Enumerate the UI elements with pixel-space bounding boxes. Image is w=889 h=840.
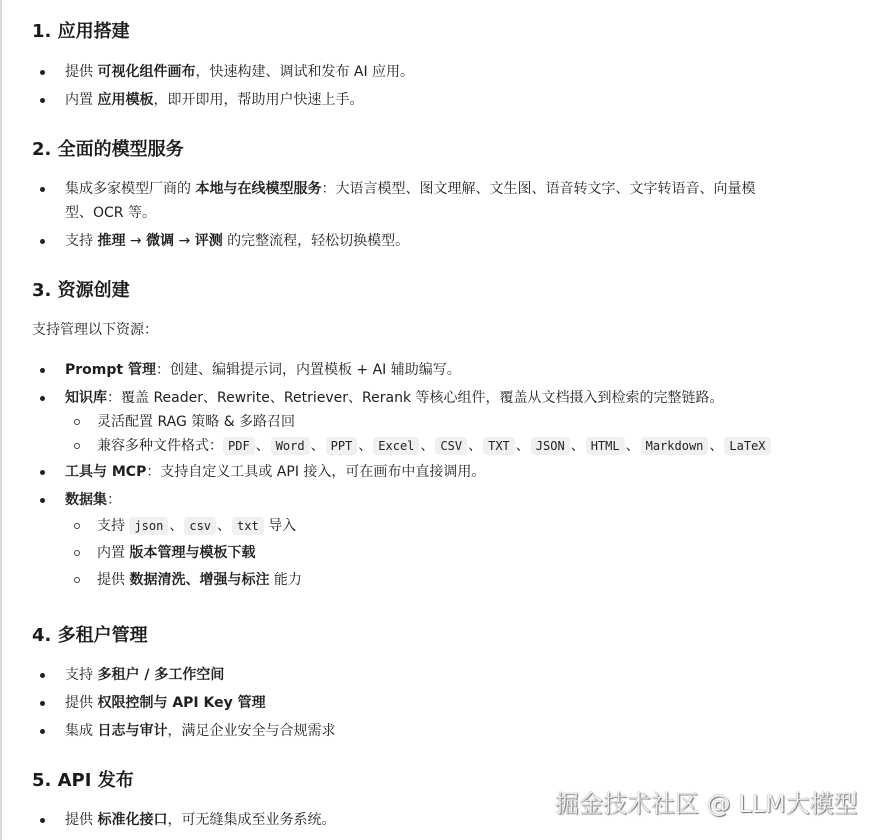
section-1-list: 提供 可视化组件画布，快速构建、调试和发布 AI 应用。 内置 应用模板，即开即… (32, 60, 869, 112)
item-bold: 多租户 / 多工作空间 (97, 667, 224, 683)
item-text: 支持 (97, 518, 129, 534)
list-item: 集成 日志与审计，满足企业安全与合规需求 (32, 719, 869, 743)
item-text: ，即开即用，帮助用户快速上手。 (153, 92, 363, 108)
list-item: 数据集： (32, 488, 869, 512)
item-text: ，快速构建、调试和发布 AI 应用。 (195, 64, 414, 80)
item-bold: 日志与审计 (97, 723, 167, 739)
code-chip: CSV (435, 437, 467, 455)
list-item: 内置 应用模板，即开即用，帮助用户快速上手。 (32, 88, 869, 112)
list-item: 支持 推理 → 微调 → 评测 的完整流程，轻松切换模型。 (32, 229, 869, 253)
sub-list-item: 兼容多种文件格式：PDF、Word、PPT、Excel、CSV、TXT、JSON… (32, 434, 869, 458)
item-bold: 应用模板 (97, 92, 153, 108)
list-item: Prompt 管理：创建、编辑提示词，内置模板 + AI 辅助编写。 (32, 358, 869, 382)
sub-list-item: 支持 json、csv、txt 导入 (32, 514, 869, 538)
section-2-list: 集成多家模型厂商的 本地与在线模型服务：大语言模型、图文理解、文生图、语音转文字… (32, 177, 869, 253)
item-text: ，可无缝集成至业务系统。 (167, 812, 335, 828)
item-text: 提供 (65, 64, 97, 80)
section-5-heading: 5. API 发布 (32, 768, 134, 794)
item-text: ：覆盖 Reader、Rewrite、Retriever、Rerank 等核心组… (107, 390, 724, 406)
code-chip: JSON (531, 437, 570, 455)
item-text: 支持 (65, 233, 97, 249)
code-chip: PPT (326, 437, 358, 455)
code-chip: json (129, 517, 168, 535)
separator: 、 (256, 438, 270, 454)
item-text: ：创建、编辑提示词，内置模板 + AI 辅助编写。 (156, 362, 461, 378)
section-3-heading: 3. 资源创建 (32, 278, 130, 304)
item-bold: 版本管理与模板下载 (129, 545, 255, 561)
item-text: 灵活配置 RAG 策略 & 多路召回 (97, 414, 295, 430)
item-bold: 评测 (195, 233, 223, 249)
item-text: 集成 (65, 723, 97, 739)
section-3-list: Prompt 管理：创建、编辑提示词，内置模板 + AI 辅助编写。 知识库：覆… (32, 358, 869, 592)
sub-list-item: 内置 版本管理与模板下载 (32, 541, 869, 565)
item-bold: 工具与 MCP (65, 464, 146, 480)
code-chip: HTML (586, 437, 625, 455)
separator: 、 (311, 438, 325, 454)
item-bold: 推理 (97, 233, 125, 249)
item-text: 的完整流程，轻松切换模型。 (223, 233, 409, 249)
code-chip: csv (184, 517, 216, 535)
section-1-heading: 1. 应用搭建 (32, 19, 130, 45)
list-item: 支持 多租户 / 多工作空间 (32, 663, 869, 687)
code-chip: Excel (373, 437, 419, 455)
list-item: 集成多家模型厂商的 本地与在线模型服务：大语言模型、图文理解、文生图、语音转文字… (32, 177, 869, 225)
sub-list-item: 提供 数据清洗、增强与标注 能力 (32, 568, 869, 592)
item-text: 提供 (65, 695, 97, 711)
list-item: 提供 可视化组件画布，快速构建、调试和发布 AI 应用。 (32, 60, 869, 84)
item-bold: 微调 (146, 233, 174, 249)
section-2-heading: 2. 全面的模型服务 (32, 137, 184, 163)
item-bold: 本地与在线模型服务 (195, 181, 321, 197)
item-bold: 数据清洗、增强与标注 (129, 572, 269, 588)
item-text: 型、OCR 等。 (65, 205, 156, 221)
separator: 、 (358, 438, 372, 454)
item-text: 导入 (264, 518, 296, 534)
item-bold: 知识库 (65, 390, 107, 406)
separator: 、 (468, 438, 482, 454)
list-item: 工具与 MCP：支持自定义工具或 API 接入，可在画布中直接调用。 (32, 460, 869, 484)
item-text: 提供 (65, 812, 97, 828)
item-text: 支持 (65, 667, 97, 683)
section-3-intro: 支持管理以下资源： (32, 319, 158, 341)
item-bold: 标准化接口 (97, 812, 167, 828)
sub-list-item: 灵活配置 RAG 策略 & 多路召回 (32, 410, 869, 434)
item-text: 能力 (269, 572, 301, 588)
item-bold: Prompt 管理 (65, 362, 156, 378)
code-chip: Markdown (641, 437, 709, 455)
section-4-heading: 4. 多租户管理 (32, 623, 148, 649)
code-chip: Word (271, 437, 310, 455)
item-text: 内置 (65, 92, 97, 108)
arrow: → (174, 233, 195, 249)
item-text: 兼容多种文件格式： (97, 438, 223, 454)
separator: 、 (217, 518, 231, 534)
separator: 、 (626, 438, 640, 454)
item-text: ，满足企业安全与合规需求 (167, 723, 335, 739)
item-text: ：支持自定义工具或 API 接入，可在画布中直接调用。 (146, 464, 485, 480)
section-4-list: 支持 多租户 / 多工作空间 提供 权限控制与 API Key 管理 集成 日志… (32, 663, 869, 743)
item-bold: 可视化组件画布 (97, 64, 195, 80)
code-chip: txt (232, 517, 264, 535)
code-chip: PDF (223, 437, 255, 455)
item-bold: 数据集 (65, 492, 107, 508)
separator: 、 (169, 518, 183, 534)
list-item: 知识库：覆盖 Reader、Rewrite、Retriever、Rerank 等… (32, 386, 869, 410)
item-text: ： (107, 492, 121, 508)
left-border (0, 0, 2, 840)
separator: 、 (571, 438, 585, 454)
item-text: ：大语言模型、图文理解、文生图、语音转文字、文字转语音、向量模 (321, 181, 755, 197)
separator: 、 (516, 438, 530, 454)
separator: 、 (420, 438, 434, 454)
separator: 、 (709, 438, 723, 454)
arrow: → (125, 233, 146, 249)
code-chip: LaTeX (724, 437, 770, 455)
watermark: 掘金技术社区 @ LLM大模型 (555, 784, 858, 819)
item-text: 集成多家模型厂商的 (65, 181, 195, 197)
list-item: 提供 权限控制与 API Key 管理 (32, 691, 869, 715)
item-bold: 权限控制与 API Key 管理 (97, 695, 265, 711)
item-text: 内置 (97, 545, 129, 561)
item-text: 提供 (97, 572, 129, 588)
code-chip: TXT (483, 437, 515, 455)
